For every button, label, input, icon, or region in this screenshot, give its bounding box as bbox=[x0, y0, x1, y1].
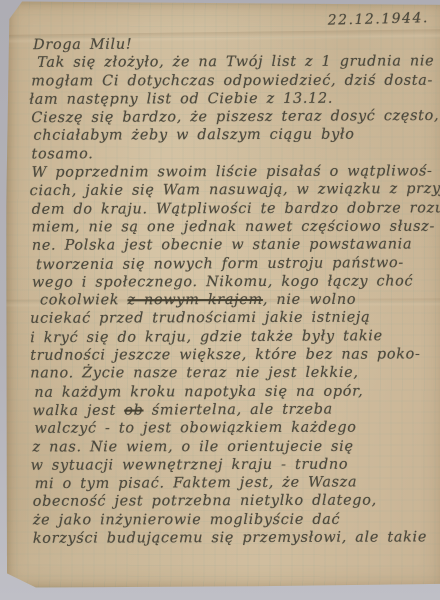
letter-line: walczyć - to jest obowiązkiem każdego bbox=[30, 419, 440, 439]
letter-line: i kryć się do kraju, gdzie także były ta… bbox=[30, 327, 440, 348]
letter-line: korzyści budującemu się przemysłowi, ale… bbox=[31, 528, 440, 548]
letter-text-segment: ne. Polska jest obecnie w stanie powstaw… bbox=[32, 237, 412, 254]
letter-text-segment: nano. Życie nasze teraz nie jest lekkie, bbox=[30, 365, 358, 382]
letter-text-segment: walka jest bbox=[32, 403, 124, 420]
letter-text-struck: ob bbox=[124, 402, 143, 418]
letter-text-segment: uciekać przed trudnościami jakie istniej… bbox=[30, 310, 370, 327]
letter-text-segment: wego i społecznego. Nikomu, kogo łączy c… bbox=[32, 273, 413, 290]
letter-text-segment: w sytuacji wewnętrznej kraju - trudno bbox=[31, 456, 349, 473]
letter-text-segment: , nie wolno bbox=[263, 292, 356, 308]
letter-text-segment: miem, nie są one jednak nawet częściowo … bbox=[32, 219, 435, 236]
letter-line: obecność jest potrzebna nietylko dlatego… bbox=[31, 492, 440, 512]
letter-date: 22.12.1944. bbox=[327, 10, 428, 29]
letter-line: Tak się złożyło, że na Twój list z 1 gru… bbox=[29, 53, 440, 73]
letter-line: ciach, jakie się Wam nasuwają, w związku… bbox=[30, 180, 440, 201]
letter-text-segment: chciałabym żeby w dalszym ciągu było bbox=[33, 127, 354, 144]
letter-text-segment: tosamo. bbox=[32, 146, 94, 162]
letter-line: ne. Polska jest obecnie w stanie powstaw… bbox=[30, 236, 440, 256]
letter-line: miem, nie są one jednak nawet częściowo … bbox=[30, 218, 440, 237]
letter-text-segment: Droga Milu! bbox=[33, 37, 132, 54]
letter-line: na każdym kroku napotyka się na opór, bbox=[30, 382, 440, 402]
letter-line: chciałabym żeby w dalszym ciągu było bbox=[29, 126, 440, 146]
letter-text-segment: śmiertelna, ale trzeba bbox=[143, 401, 333, 418]
letter-text-segment: na każdym kroku napotyka się na opór, bbox=[34, 383, 363, 400]
letter-text-segment: mi o tym pisać. Faktem jest, że Wasza bbox=[35, 474, 358, 492]
letter-line: wego i społecznego. Nikomu, kogo łączy c… bbox=[30, 272, 440, 292]
letter-text-segment: Tak się złożyło, że na Twój list z 1 gru… bbox=[37, 54, 434, 71]
letter-text-segment: i kryć się do kraju, gdzie także były ta… bbox=[30, 328, 383, 346]
letter-line: mi o tym pisać. Faktem jest, że Wasza bbox=[31, 473, 440, 494]
letter-text-segment: z nas. Nie wiem, o ile orientujecie się bbox=[33, 438, 354, 455]
letter-line: W poprzednim swoim liście pisałaś o wątp… bbox=[30, 162, 440, 182]
letter-scan: { "letter": { "date": "22.12.1944.", "li… bbox=[0, 0, 440, 600]
letter-line: uciekać przed trudnościami jakie istniej… bbox=[30, 309, 440, 329]
letter-line: Cieszę się bardzo, że piszesz teraz dosy… bbox=[29, 107, 440, 128]
letter-line: trudności jeszcze większe, które bez nas… bbox=[30, 345, 440, 365]
letter-text-segment: korzyści budującemu się przemysłowi, ale… bbox=[33, 529, 427, 546]
letter-line: łam następny list od Ciebie z 13.12. bbox=[29, 89, 440, 109]
letter-line: Droga Milu! bbox=[29, 34, 440, 55]
letter-text-segment: ciach, jakie się Wam nasuwają, w związku… bbox=[30, 181, 440, 199]
letter-line: w sytuacji wewnętrznej kraju - trudno bbox=[31, 455, 440, 475]
letter-line: mogłam Ci dotychczas odpowiedzieć, dziś … bbox=[29, 71, 440, 90]
letter-text-segment: Cieszę się bardzo, że piszesz teraz dosy… bbox=[31, 108, 439, 126]
letter-line: nano. Życie nasze teraz nie jest lekkie, bbox=[30, 364, 440, 383]
letter-text-segment: że jako inżynierowie moglibyście dać bbox=[33, 512, 340, 529]
letter-text-segment: tworzenia się nowych form ustroju państw… bbox=[36, 255, 404, 273]
letter-line: tworzenia się nowych form ustroju państw… bbox=[30, 253, 440, 274]
letter-line: walka jest ob śmiertelna, ale trzeba bbox=[30, 400, 440, 421]
letter-line: cokolwiek z nowym krajem, nie wolno bbox=[30, 291, 440, 310]
letter-text-segment: dem do kraju. Wątpliwości te bardzo dobr… bbox=[32, 200, 440, 217]
letter-paper: 22.12.1944. Droga Milu!Tak się złożyło, … bbox=[5, 1, 440, 588]
letter-line: tosamo. bbox=[30, 144, 440, 163]
letter-line: że jako inżynierowie moglibyście dać bbox=[31, 510, 440, 529]
letter-line: z nas. Nie wiem, o ile orientujecie się bbox=[31, 437, 440, 456]
letter-text-segment: walczyć - to jest obowiązkiem każdego bbox=[34, 420, 356, 437]
letter-text-segment: obecność jest potrzebna nietylko dlatego… bbox=[33, 493, 377, 510]
letter-lines: Droga Milu!Tak się złożyło, że na Twój l… bbox=[29, 34, 440, 548]
letter-text-segment: łam następny list od Ciebie z 13.12. bbox=[29, 91, 333, 108]
letter-text-segment: trudności jeszcze większe, które bez nas… bbox=[30, 346, 420, 363]
letter-text-segment: cokolwiek bbox=[40, 292, 127, 308]
letter-text-segment: mogłam Ci dotychczas odpowiedzieć, dziś … bbox=[31, 72, 433, 89]
letter-line: dem do kraju. Wątpliwości te bardzo dobr… bbox=[30, 199, 440, 219]
letter-text-struck: z nowym krajem bbox=[127, 292, 262, 308]
letter-text-segment: W poprzednim swoim liście pisałaś o wątp… bbox=[32, 163, 433, 180]
